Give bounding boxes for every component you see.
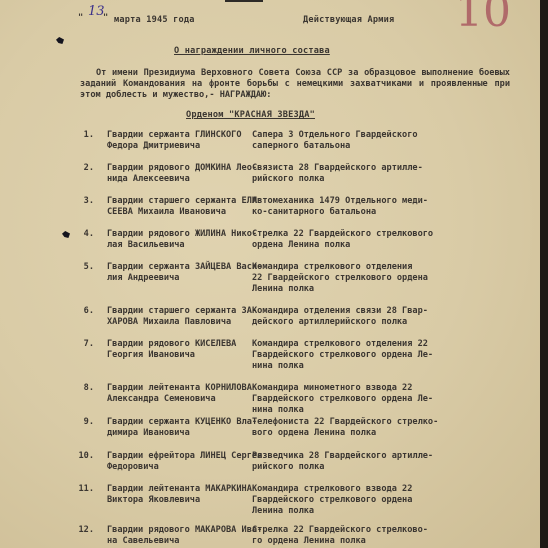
unit-line: Связиста 28 Гвардейского артилле- bbox=[252, 163, 542, 174]
unit-line: Командира отделения связи 28 Гвар- bbox=[252, 306, 542, 317]
awardee-unit: Телефониста 22 Гвардейского стрелко-вого… bbox=[252, 417, 542, 439]
unit-line: Гвардейского стрелкового ордена bbox=[252, 495, 542, 506]
unit-line: го ордена Ленина полка bbox=[252, 536, 542, 547]
unit-line: Сапера 3 Отдельного Гвардейского bbox=[252, 130, 542, 141]
unit-line: Командира минометного взвода 22 bbox=[252, 383, 542, 394]
unit-line: дейского артиллерийского полка bbox=[252, 317, 542, 328]
unit-line: Ленина полка bbox=[252, 506, 542, 517]
awardee-number: 1. bbox=[72, 130, 94, 140]
unit-line: ордена Ленина полка bbox=[252, 240, 542, 251]
awardee-unit: Связиста 28 Гвардейского артилле-рийског… bbox=[252, 163, 542, 185]
intro-paragraph: От имени Президиума Верховного Совета Со… bbox=[80, 68, 510, 101]
awardee-number: 10. bbox=[72, 451, 94, 461]
awardee-unit: Командира стрелкового отделения22 Гварде… bbox=[252, 262, 542, 295]
awardee-unit: Разведчика 28 Гвардейского артилле-рийск… bbox=[252, 451, 542, 473]
red-page-mark: 10 bbox=[455, 0, 511, 37]
unit-line: саперного батальона bbox=[252, 141, 542, 152]
unit-line: Автомеханика 1479 Отдельного меди- bbox=[252, 196, 542, 207]
unit-line: Командира стрелкового отделения bbox=[252, 262, 542, 273]
awardee-number: 5. bbox=[72, 262, 94, 272]
awardee-number: 8. bbox=[72, 383, 94, 393]
date-quote-open: " bbox=[78, 13, 83, 23]
awardee-number: 11. bbox=[72, 484, 94, 494]
unit-line: вого ордена Ленина полка bbox=[252, 428, 542, 439]
awardee-number: 3. bbox=[72, 196, 94, 206]
unit-line: 22 Гвардейского стрелкового ордена bbox=[252, 273, 542, 284]
awardee-unit: Стрелка 22 Гвардейского стрелковогоорден… bbox=[252, 229, 542, 251]
unit-line: Командира стрелкового отделения 22 bbox=[252, 339, 542, 350]
awardee-number: 12. bbox=[72, 525, 94, 535]
awardee-number: 4. bbox=[72, 229, 94, 239]
unit-line: Командира стрелкового взвода 22 bbox=[252, 484, 542, 495]
unit-line: рийского полка bbox=[252, 462, 542, 473]
unit-line: рийского полка bbox=[252, 174, 542, 185]
awardee-number: 2. bbox=[72, 163, 94, 173]
unit-line: Гвардейского стрелкового ордена Ле- bbox=[252, 350, 542, 361]
awardee-unit: Командира отделения связи 28 Гвар-дейско… bbox=[252, 306, 542, 328]
document-title: О награждении личного состава bbox=[174, 46, 330, 56]
unit-line: Гвардейского стрелкового ордена Ле- bbox=[252, 394, 542, 405]
awardee-unit: Сапера 3 Отдельного Гвардейскогосаперног… bbox=[252, 130, 542, 152]
order-heading: Орденом "КРАСНАЯ ЗВЕЗДА" bbox=[186, 110, 315, 120]
awardee-unit: Автомеханика 1479 Отдельного меди-ко-сан… bbox=[252, 196, 542, 218]
unit-line: Разведчика 28 Гвардейского артилле- bbox=[252, 451, 542, 462]
awardee-number: 6. bbox=[72, 306, 94, 316]
unit-line: нина полка bbox=[252, 405, 542, 416]
awardee-unit: Командира минометного взвода 22Гвардейск… bbox=[252, 383, 542, 416]
awardee-unit: Стрелка 22 Гвардейского стрелково-го орд… bbox=[252, 525, 542, 547]
top-underline bbox=[225, 0, 263, 2]
awardee-unit: Командира стрелкового взвода 22Гвардейск… bbox=[252, 484, 542, 517]
army-label: Действующая Армия bbox=[303, 15, 394, 25]
unit-line: Ленина полка bbox=[252, 284, 542, 295]
date-quote-close: " bbox=[103, 13, 108, 23]
awardee-number: 7. bbox=[72, 339, 94, 349]
unit-line: ко-санитарного батальона bbox=[252, 207, 542, 218]
awardee-unit: Командира стрелкового отделения 22Гварде… bbox=[252, 339, 542, 372]
awardee-number: 9. bbox=[72, 417, 94, 427]
unit-line: Стрелка 22 Гвардейского стрелково- bbox=[252, 525, 542, 536]
unit-line: Стрелка 22 Гвардейского стрелкового bbox=[252, 229, 542, 240]
date-text: марта 1945 года bbox=[114, 15, 195, 25]
unit-line: Телефониста 22 Гвардейского стрелко- bbox=[252, 417, 542, 428]
unit-line: нина полка bbox=[252, 361, 542, 372]
